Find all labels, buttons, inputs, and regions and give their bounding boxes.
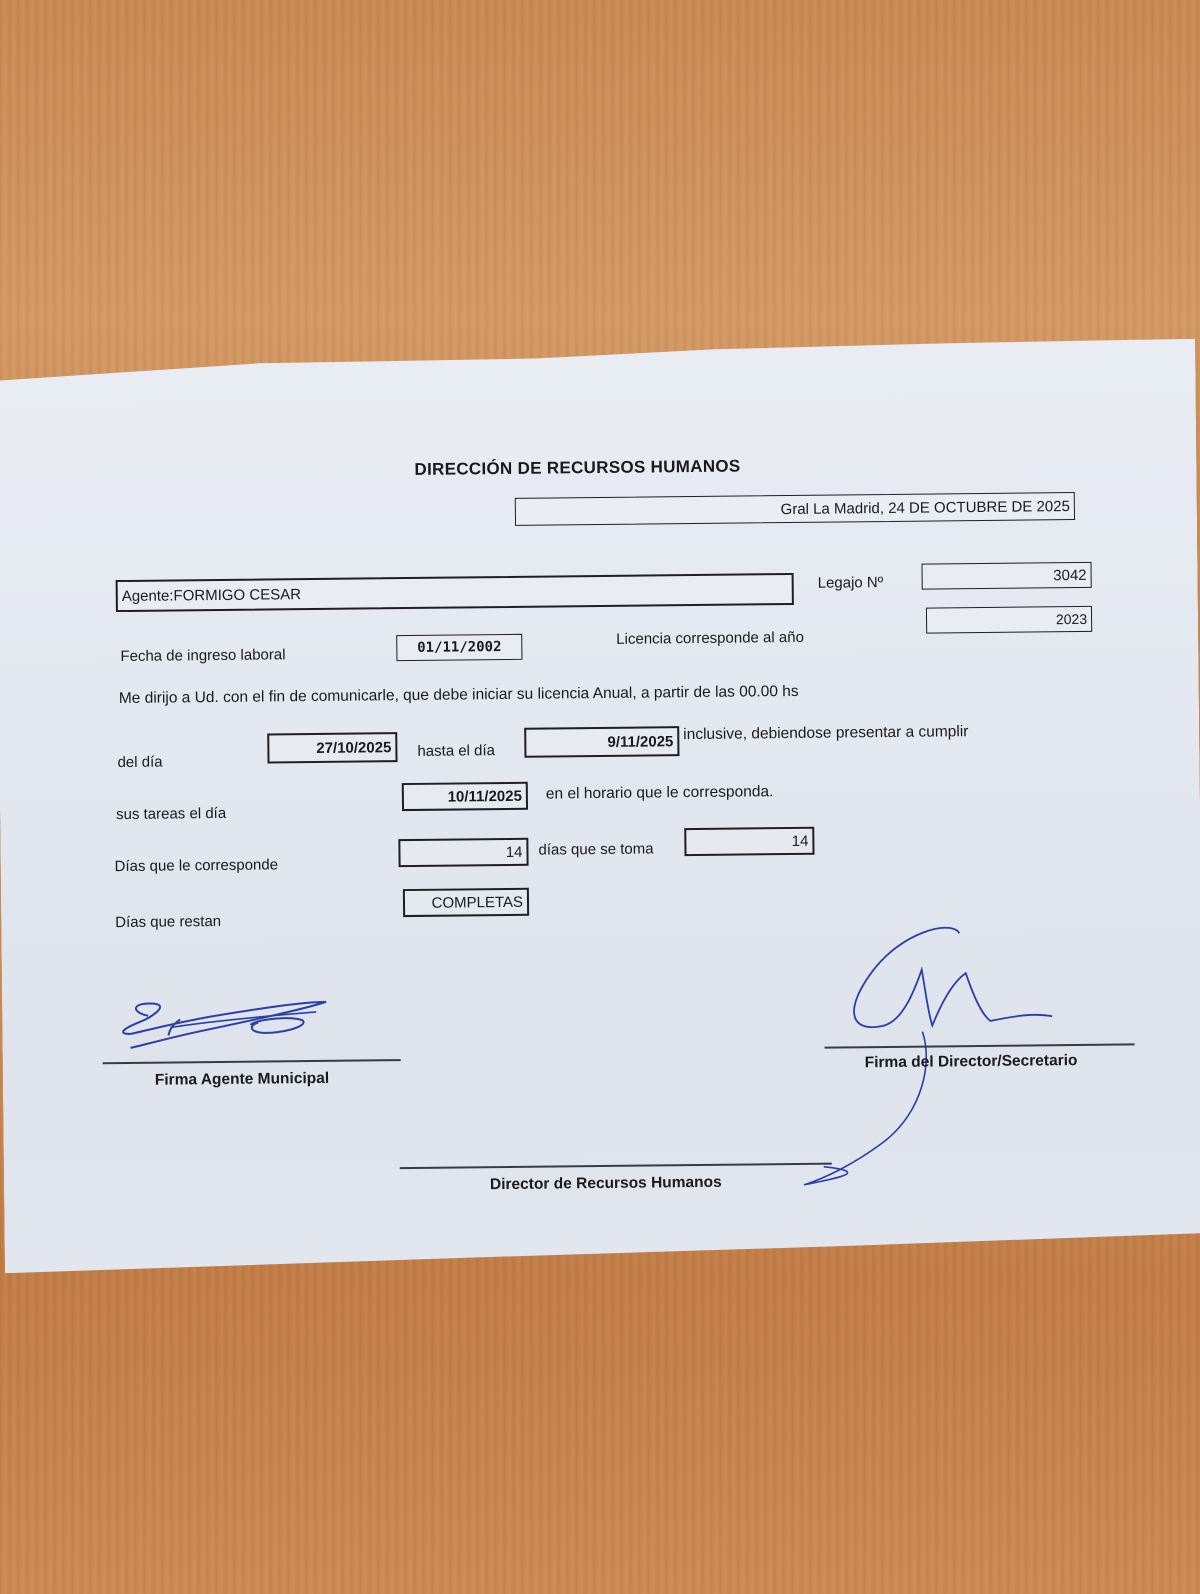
tareas-value: 10/11/2025 (448, 787, 522, 805)
place-date-field: Gral La Madrid, 24 DE OCTUBRE DE 2025 (515, 492, 1075, 526)
fecha-ingreso-value: 01/11/2002 (417, 639, 501, 656)
dias-corresponde-field: 14 (398, 838, 528, 867)
document-title: DIRECCIÓN DE RECURSOS HUMANOS (414, 457, 740, 480)
licencia-anio-value: 2023 (1056, 611, 1087, 627)
tareas-field: 10/11/2025 (402, 782, 528, 811)
dias-toma-field: 14 (684, 827, 814, 856)
agent-name: FORMIGO CESAR (173, 586, 301, 604)
horario-text: en el horario que le corresponda. (546, 783, 774, 803)
agent-signature-icon (110, 996, 341, 1058)
agent-label: Agente: (122, 587, 174, 605)
hasta-field: 9/11/2025 (524, 726, 679, 758)
dias-corresponde-label: Días que le corresponde (115, 856, 279, 875)
tareas-label: sus tareas el día (116, 805, 226, 823)
legajo-value: 3042 (1053, 566, 1087, 583)
fecha-ingreso-field: 01/11/2002 (396, 634, 522, 661)
place-date-value: Gral La Madrid, 24 DE OCTUBRE DE 2025 (781, 498, 1070, 518)
del-dia-label: del día (117, 754, 162, 771)
legajo-field: 3042 (921, 562, 1091, 590)
dias-toma-label: días que se toma (538, 840, 653, 858)
paper-document: DIRECCIÓN DE RECURSOS HUMANOS Gral La Ma… (0, 339, 1200, 1274)
legajo-label: Legajo Nº (818, 574, 884, 592)
agent-signature-line (103, 1059, 401, 1064)
dias-toma-value: 14 (792, 832, 809, 849)
dias-corresponde-value: 14 (506, 843, 523, 860)
agent-field: Agente: FORMIGO CESAR (116, 573, 794, 612)
del-dia-value: 27/10/2025 (316, 739, 391, 757)
del-dia-field: 27/10/2025 (267, 732, 397, 763)
firma-director-label: Firma del Director/Secretario (865, 1052, 1078, 1072)
hasta-value: 9/11/2025 (607, 733, 673, 751)
licencia-anio-label: Licencia corresponde al año (616, 629, 804, 648)
dias-restan-label: Días que restan (115, 913, 221, 931)
director-rrhh-label: Director de Recursos Humanos (490, 1174, 722, 1194)
inclusive-text: inclusive, debiendose presentar a cumpli… (683, 723, 968, 744)
fecha-ingreso-label: Fecha de ingreso laboral (120, 646, 285, 665)
body-text: Me dirijo a Ud. con el fin de comunicarl… (119, 683, 799, 708)
dias-restan-field: COMPLETAS (403, 888, 529, 917)
licencia-anio-field: 2023 (926, 606, 1092, 634)
dias-restan-value: COMPLETAS (432, 893, 524, 911)
firma-agente-label: Firma Agente Municipal (155, 1070, 329, 1090)
hasta-label: hasta el día (417, 742, 495, 760)
